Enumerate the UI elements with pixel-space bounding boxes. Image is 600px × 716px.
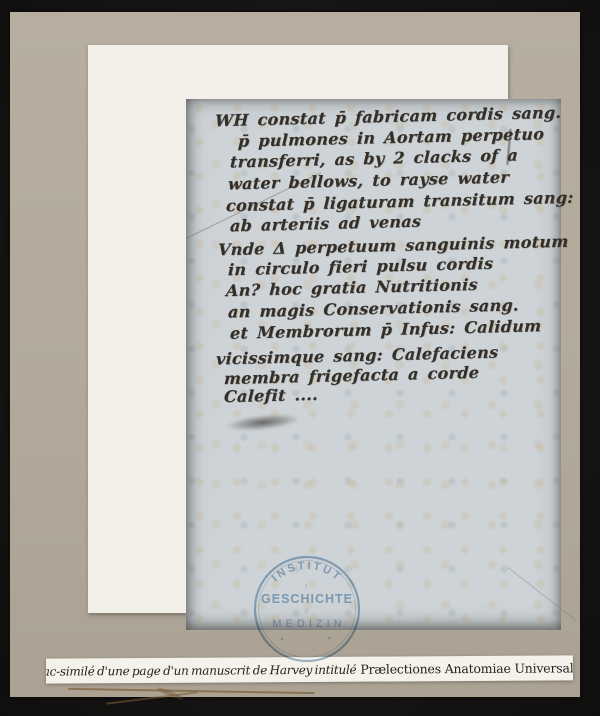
stamp-bottom-mark [281, 638, 284, 641]
mat-board: 2 WH constat p̄ fabricam cordis sang. p̄… [10, 12, 580, 697]
stamp-small-middle: d. [304, 608, 310, 615]
manuscript-page: WH constat p̄ fabricam cordis sang. p̄ p… [186, 99, 561, 630]
ink-smudge [225, 411, 300, 434]
stamp-geschichte-text: GESCHICHTE [261, 592, 353, 606]
mount-paper: WH constat p̄ fabricam cordis sang. p̄ p… [88, 45, 508, 613]
stamp-small-top: f. [305, 584, 309, 591]
crease-line [508, 567, 576, 621]
manuscript-line: An? hoc gratia Nutritionis [226, 275, 479, 300]
photo-frame: 2 WH constat p̄ fabricam cordis sang. p̄… [0, 0, 600, 716]
manuscript-line: Vnde Δ perpetuum sanguinis motum [218, 232, 569, 260]
caption-latin-title: Prælectiones Anatomiae Universalis [360, 660, 573, 676]
institute-stamp-icon: INSTITUT f. GESCHICHTE d. MEDIZIN [251, 553, 363, 665]
stamp-medizin-text: MEDIZIN [272, 618, 345, 630]
stamp-bottom-mark [328, 637, 331, 640]
fiber-mark [106, 691, 197, 704]
manuscript-line: ab arteriis ad venas [230, 212, 422, 236]
manuscript-line: Calefit .... [224, 385, 319, 406]
